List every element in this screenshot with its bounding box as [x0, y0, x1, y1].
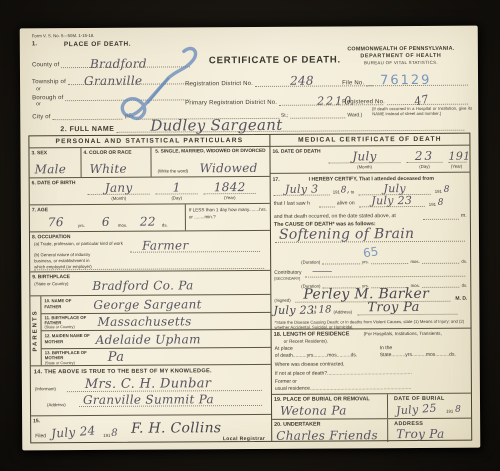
- agency-line2: DEPARTMENT OF HEALTH: [330, 53, 472, 60]
- race-label: 4. COLOR OR RACE: [83, 150, 131, 156]
- attended-from-year: 8,: [341, 186, 350, 195]
- medical-section-title: MEDICAL CERTIFICATE OF DEATH: [298, 136, 442, 144]
- informant-label: (Informant): [35, 386, 56, 391]
- father-name-label: 10. NAME OF FATHER: [44, 298, 84, 309]
- dotted-line: [423, 219, 459, 220]
- signed-label: (Signed): [274, 298, 290, 303]
- county-label: County of: [32, 62, 60, 68]
- city-label: City of: [32, 114, 50, 120]
- registered-number-label: Registered No.: [342, 99, 385, 105]
- former-residence-label1: Former or: [275, 379, 297, 385]
- age-days-unit: ds.: [162, 223, 168, 228]
- file-number-field: File No. 76129: [342, 70, 470, 87]
- burial-place-value: Wetona Pa: [280, 404, 347, 416]
- printed-191: 191: [435, 189, 442, 194]
- sex-label: 3. SEX: [31, 150, 47, 156]
- residence-field: 18. LENGTH OF RESIDENCE (For Hospitals, …: [272, 329, 471, 395]
- age-months-value: 6: [102, 216, 110, 228]
- cause-of-death-value: Softening of Brain: [275, 227, 465, 243]
- in-state-label1: In the: [380, 345, 393, 351]
- day-caption: (Day): [156, 195, 198, 200]
- certificate-body: PERSONAL AND STATISTICAL PARTICULARS 3. …: [28, 133, 472, 444]
- township-field: Township of Granville: [32, 70, 192, 85]
- age-years-value: 76: [48, 216, 64, 228]
- state-or-country-caption: (State or Country): [34, 281, 68, 286]
- age-years-unit: yrs.: [78, 223, 85, 228]
- township-value: Granville: [84, 75, 142, 87]
- dob-day-value: 1: [156, 181, 198, 194]
- personal-section-title: PERSONAL AND STATISTICAL PARTICULARS: [55, 137, 243, 145]
- filed-year-value: 8: [111, 429, 118, 439]
- contracted-label2: If not at place of death?...............…: [275, 370, 412, 377]
- printed-19: 19: [311, 310, 316, 315]
- personal-section: PERSONAL AND STATISTICAL PARTICULARS 3. …: [29, 135, 272, 442]
- father-birthplace-field: 11. BIRTHPLACE OF FATHER (State or Count…: [41, 313, 270, 331]
- death-month-value: July: [328, 150, 400, 163]
- marital-value: Widowed: [200, 162, 258, 174]
- certify-statement: I HEREBY CERTIFY, That I attended deceas…: [309, 176, 434, 183]
- marital-label: 5. SINGLE, MARRIED, WIDOWED OR DIVORCED: [152, 149, 268, 155]
- dotted-line: [319, 206, 335, 207]
- registrar-signature: F. H. Collins: [131, 421, 221, 436]
- certification-field: 17. I HEREBY CERTIFY, That I attended de…: [271, 173, 471, 330]
- local-registrar-label: Local Registrar: [223, 436, 265, 442]
- date-of-death-label: 16. DATE OF DEATH: [272, 149, 320, 155]
- burial-date-field: DATE OF BURIAL July 25 191 8: [388, 394, 471, 419]
- less-than-day-label: If LESS than 1 day how many........hrs. …: [189, 207, 268, 221]
- mother-birthplace-field: 13. BIRTHPLACE OF MOTHER (State or Count…: [42, 348, 271, 366]
- day-caption: (Day): [407, 164, 443, 169]
- last-saw-label: that I last saw h: [274, 201, 310, 207]
- state-or-country-caption: (State or Country): [45, 325, 75, 329]
- occupation-a-label: (a) Trade, profession, or particular kin…: [34, 241, 126, 247]
- less-than-day-field: If LESS than 1 day how many........hrs. …: [186, 204, 270, 231]
- or-label: or: [36, 101, 40, 107]
- full-name-value: Dudley Sargeant: [150, 118, 282, 134]
- death-certificate-document: Form V. S. No. 5—50M. 1-15-18. 1. PLACE …: [20, 26, 481, 451]
- filed-label: Filed: [35, 433, 46, 439]
- death-year-value: 1918: [448, 151, 466, 163]
- at-place-label2: of death..........yrs..........mos......…: [275, 352, 358, 359]
- residence-paren1: (For Hospitals, Institutions, Transients…: [364, 331, 442, 336]
- occupation-field: 8. OCCUPATION (a) Trade, profession, or …: [30, 231, 270, 272]
- mother-birthplace-label: 13. BIRTHPLACE OF MOTHER: [45, 350, 91, 361]
- occupation-b-label1: (b) General nature of industry: [34, 252, 90, 257]
- month-caption: (Month): [88, 196, 150, 201]
- in-state-label2: State..........yrs..........mos.........…: [380, 352, 456, 358]
- to-label: to: [351, 189, 355, 194]
- ds-label: ds.: [462, 283, 468, 288]
- birthplace-label: 9. BIRTHPLACE: [32, 274, 70, 280]
- medical-section: MEDICAL CERTIFICATE OF DEATH 16. DATE OF…: [270, 134, 471, 441]
- mother-name-value: Adelaide Upham: [96, 333, 201, 346]
- race-field: 4. COLOR OR RACE White: [81, 148, 151, 177]
- dotted-line: [66, 98, 191, 101]
- agency-line1: COMMONWEALTH OF PENNSYLVANIA.: [330, 46, 472, 53]
- alive-on-label: alive on: [337, 200, 355, 206]
- burial-year-value: 8: [455, 406, 461, 415]
- undertaker-label: 20. UNDERTAKER: [274, 422, 320, 428]
- burial-date-label: DATE OF BURIAL: [394, 396, 445, 402]
- year-caption: (Year): [445, 164, 469, 169]
- father-birthplace-value: Massachusetts: [97, 315, 191, 328]
- m-label: m.: [461, 213, 467, 219]
- race-value: White: [90, 163, 127, 175]
- last-saw-year: 8: [438, 199, 444, 208]
- contributory-label: Contributory: [274, 270, 301, 276]
- birthplace-field: 9. BIRTHPLACE (State or Country) Bradfor…: [30, 271, 270, 296]
- section1-title: PLACE OF DEATH.: [64, 41, 131, 48]
- dob-label: 6. DATE OF BIRTH: [32, 180, 76, 186]
- form-number: Form V. S. No. 5—50M. 1-15-18.: [32, 33, 95, 38]
- registration-district-label: Registration District No.: [185, 81, 253, 87]
- informant-address-value: Granville Summit Pa: [79, 393, 262, 407]
- attended-to-year: 8: [444, 186, 450, 195]
- secondary-label: [SECONDARY]: [274, 277, 300, 281]
- primary-registration-label: Primary Registration District No.: [185, 100, 277, 107]
- informant-value: Mrs. C. H. Dunbar: [67, 377, 262, 392]
- last-saw-date: July 23: [359, 195, 425, 207]
- age-field: 7. AGE 76 yrs. 6 mos. 22 ds.: [30, 204, 186, 231]
- sex-value: Male: [35, 163, 67, 175]
- age-label: 7. AGE: [32, 207, 48, 213]
- attended-from-date: July 3: [274, 184, 330, 196]
- county-field: County of Bradford: [32, 53, 192, 68]
- physician-address-label: (Address): [333, 309, 352, 314]
- registered-number-field: Registered No. 47: [342, 90, 470, 106]
- filed-field: 15. Filed July 24 191 8 F. H. Collins Lo…: [31, 415, 271, 444]
- full-name-field: 2. FULL NAME Dudley Sargeant: [60, 114, 466, 133]
- physician-address-value: Troy Pa: [357, 301, 457, 316]
- dob-year-value: 1842: [204, 181, 256, 194]
- age-months-unit: mos.: [118, 223, 127, 228]
- occupation-a-value: Farmer: [130, 239, 260, 253]
- father-name-value: George Sargeant: [93, 298, 201, 311]
- dob-month-value: Jany: [88, 182, 150, 195]
- death-occurred-label: and that death occurred, on the date sta…: [274, 213, 396, 220]
- sex-field: 3. SEX Male: [29, 148, 81, 177]
- mother-birthplace-value: Pa: [108, 351, 125, 364]
- residence-label: 18. LENGTH OF RESIDENCE: [274, 331, 350, 337]
- age-days-value: 22: [140, 216, 156, 228]
- signed-year-value: 18: [318, 306, 331, 316]
- parents-vertical-label: PARENTS: [30, 296, 41, 365]
- cause-code-stamp: 65: [362, 244, 379, 260]
- at-place-label1: At place: [275, 346, 293, 352]
- undertaker-address-value: Troy Pa: [396, 428, 444, 440]
- filed-date-value: July 24: [51, 424, 96, 439]
- section1-number: 1.: [32, 41, 37, 47]
- mother-name-field: 12. MAIDEN NAME OF MOTHER Adelaide Upham: [42, 330, 271, 349]
- informant-statement: 14. THE ABOVE IS TRUE TO THE BEST OF MY …: [34, 368, 212, 375]
- undertaker-address-field: ADDRESS Troy Pa: [388, 419, 471, 443]
- borough-field: Borough of: [32, 90, 192, 101]
- informant-address-label: (Address): [47, 402, 66, 407]
- death-day-value: 23: [406, 150, 442, 163]
- former-residence-label2: usual residence.........................…: [275, 385, 411, 392]
- occupation-b-label2: business, or establishment in: [34, 258, 89, 263]
- filed-number: 15.: [33, 418, 40, 424]
- year-caption: (Year): [204, 195, 256, 200]
- informant-field: 14. THE ABOVE IS TRUE TO THE BEST OF MY …: [31, 365, 271, 416]
- date-of-death-field: 16. DATE OF DEATH July 23 1918 (Month) (…: [270, 146, 469, 174]
- full-name-label: 2. FULL NAME: [60, 126, 114, 133]
- file-number-stamp: 76129: [380, 73, 431, 88]
- undertaker-field: 20. UNDERTAKER Charles Friends: [272, 419, 388, 443]
- undertaker-value: Charles Friends: [276, 429, 378, 442]
- printed-191: 191: [446, 409, 453, 414]
- state-or-country-caption: (State or Country): [45, 361, 75, 365]
- agency-line3: BUREAU OF VITAL STATISTICS.: [330, 60, 472, 66]
- certify-number: 17.: [273, 177, 280, 183]
- occupation-label: 8. OCCUPATION: [32, 234, 70, 240]
- dob-field: 6. DATE OF BIRTH Jany 1 1842 (Month) (Da…: [30, 177, 270, 205]
- residence-paren2: or Recent Residents).: [284, 339, 328, 344]
- marital-hint: (Write the word): [158, 168, 189, 173]
- township-label: Township of: [32, 79, 66, 85]
- printed-191: 191: [429, 202, 436, 207]
- occupation-b-label3: which employed (or employer): [34, 263, 264, 270]
- mother-name-label: 12. MAIDEN NAME OF MOTHER: [45, 333, 91, 344]
- printed-191: 191: [333, 189, 340, 194]
- contracted-label1: Where was disease contracted,: [275, 361, 345, 367]
- month-caption: (Month): [329, 164, 401, 169]
- burial-place-label: 19. PLACE OF BURIAL OR REMOVAL: [274, 396, 370, 403]
- filed-year-printed: 191: [103, 433, 110, 438]
- registration-district-value: 248: [290, 75, 314, 87]
- file-number-label: File No.: [342, 80, 364, 86]
- contributory-value: ⸺: [305, 264, 465, 278]
- burial-date-value: July 25: [396, 402, 438, 416]
- father-name-field: 10. NAME OF FATHER George Sargeant: [41, 295, 270, 314]
- marital-field: 5. SINGLE, MARRIED, WIDOWED OR DIVORCED …: [151, 147, 269, 177]
- birthplace-value: Bradford Co. Pa: [92, 279, 193, 292]
- burial-place-field: 19. PLACE OF BURIAL OR REMOVAL Wetona Pa: [272, 394, 388, 419]
- county-value: Bradford: [90, 58, 147, 70]
